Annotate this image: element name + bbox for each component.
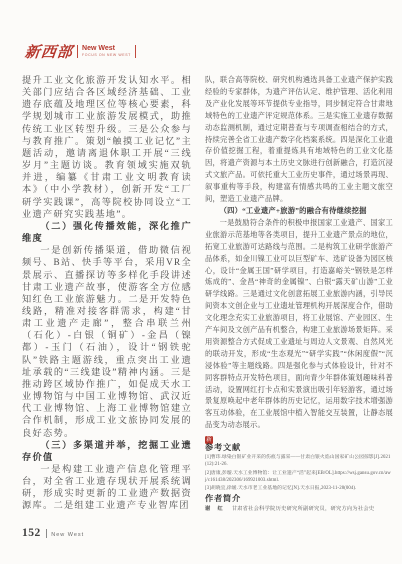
references-list: [1]曹玮.绿染白银矿业开采的伤痕与露采——甘肃白银火焰山国家矿山公园掠影[J]… (205, 454, 393, 492)
body-paragraph-continuation: 队，联合高等院校、研究机构遴选具备工业遗产保护实践经验的专家群体，为遗产评估认定… (205, 74, 393, 205)
article-end-line: 新 (205, 433, 393, 442)
left-column: 提升工业文化旅游开发认知水平。相关部门应结合各区域经济基础、工业遗存底蕴及地理区… (22, 74, 192, 512)
page-number: 152 (22, 527, 41, 539)
reference-item: [3]胡晓宜,徐媛.天水市老工业基地的记忆[N].天水日报,2023-11-28… (205, 485, 393, 492)
reference-item: [1]曹玮.绿染白银矿业开采的伤痕与露采——甘肃白银火焰山国家矿山公园掠影[J]… (205, 454, 393, 468)
right-column: 队，联合高等院校、研究机构遴选具备工业遗产保护实践经验的专家群体，为遗产评估认定… (205, 74, 393, 513)
author-name: 谢 红 (205, 506, 226, 512)
references-title: 参考文献 (205, 442, 393, 454)
journal-page: 新西部 New West FOCUS ON NEW WEST 提升工业文化旅游开… (0, 0, 402, 564)
logo-chinese-wordmark: 新西部 (24, 41, 74, 62)
logo-divider-right (135, 45, 136, 58)
body-paragraph: 一是鼓励符合条件的积极申报国家工业遗产、国家工业旅游示范基地等各类项目，提升工业… (205, 217, 393, 431)
body-paragraph: 一是创新传播渠道，借助微信视频号、B站、快手等平台，采用VR全景展示、直播探访等… (22, 244, 192, 439)
body-paragraph-continuation: 提升工业文化旅游开发认知水平。相关部门应结合各区域经济基础、工业遗存底蕴及地理区… (22, 74, 192, 220)
author-bio-line: 谢 红甘肃省社会科学院历史研究所副研究员，研究方向为社会史 (205, 505, 393, 513)
logo-tagline: FOCUS ON NEW WEST (82, 54, 131, 58)
page-footer: 152 New West (22, 527, 84, 539)
section-heading-2: （二）强化传播效能，深化推广维度 (22, 220, 192, 244)
body-paragraph: 一是构建工业遗产信息化管理平台，对全省工业遗存现状开展系统调研，形成实时更新的工… (22, 463, 192, 512)
magazine-logo: 新西部 New West FOCUS ON NEW WEST (25, 40, 140, 62)
section-heading-4: （四）“工业遗产+旅游”的融合有待继续挖掘 (205, 205, 393, 217)
reference-item: [2]唐康,彭璇.天水工业博物馆：让工业遗产“活”起来[EB/OL].https… (205, 470, 393, 484)
logo-english-block: New West FOCUS ON NEW WEST (82, 45, 131, 57)
author-bio-title: 作者简介 (205, 493, 393, 505)
author-bio-text: 甘肃省社会科学院历史研究所副研究员，研究方向为社会史 (232, 506, 375, 512)
logo-divider (77, 45, 78, 58)
logo-english-wordmark: New West (82, 45, 131, 52)
footer-divider (46, 529, 47, 538)
section-heading-3: （三）多渠道并举，挖掘工业遗存价值 (22, 439, 192, 463)
footer-journal-name: New West (51, 532, 84, 538)
